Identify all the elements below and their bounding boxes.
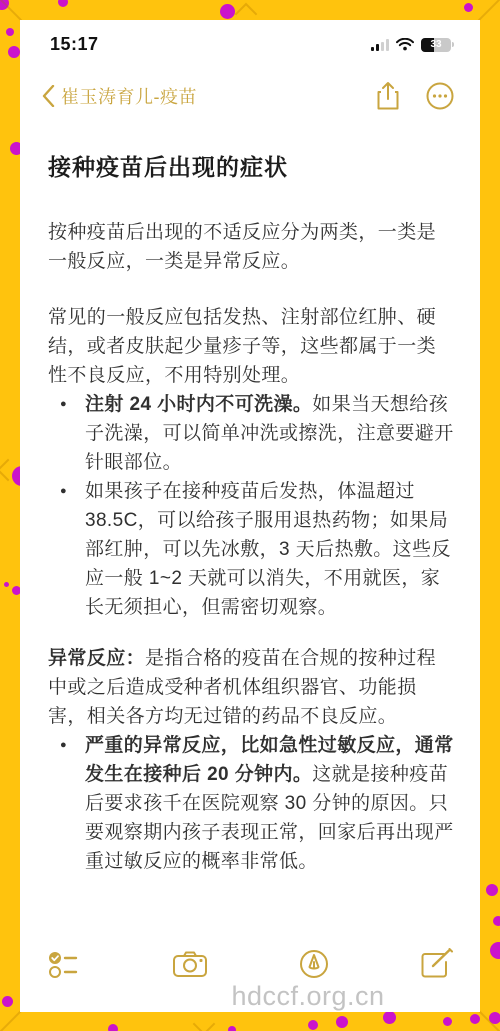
paragraph-abnormal-reactions: 异常反应：是指合格的疫苗在合规的按种过程中或之后造成受种者机体组织器官、功能损害… <box>48 644 454 731</box>
checklist-button[interactable] <box>46 948 82 980</box>
list-item: 严重的异常反应，比如急性过敏反应，通常发生在接种后 20 分钟内。这就是接种疫苗… <box>48 731 454 876</box>
markup-pen-icon <box>298 948 330 980</box>
camera-button[interactable] <box>172 950 208 978</box>
watermark: hdccf.org.cn <box>231 981 384 1012</box>
back-button[interactable]: 崔玉涛育儿-疫苗 <box>42 83 197 109</box>
checklist-icon <box>46 948 82 980</box>
bottom-toolbar <box>20 948 480 980</box>
status-time: 15:17 <box>50 34 99 55</box>
share-button[interactable] <box>376 81 400 111</box>
back-button-label: 崔玉涛育儿-疫苗 <box>61 83 197 109</box>
bullet-text: 如果孩子在接种疫苗后发热，体温超过 38.5C，可以给孩子服用退热药物；如果局部… <box>85 481 451 618</box>
paragraph-lead-bold: 异常反应： <box>48 648 145 669</box>
chevron-left-icon <box>42 85 55 107</box>
note-title: 接种疫苗后出现的症状 <box>48 149 454 182</box>
compose-button[interactable] <box>420 948 454 980</box>
cellular-signal-icon <box>371 39 389 51</box>
list-item: 注射 24 小时内不可洗澡。如果当天想给孩子洗澡，可以简单冲洗或擦洗，注意要避开… <box>48 390 454 477</box>
common-reaction-list: 注射 24 小时内不可洗澡。如果当天想给孩子洗澡，可以简单冲洗或擦洗，注意要避开… <box>48 390 454 622</box>
battery-percent: 33 <box>421 38 451 52</box>
more-options-button[interactable] <box>426 82 454 110</box>
battery-icon: 33 <box>421 38 451 52</box>
markup-button[interactable] <box>298 948 330 980</box>
abnormal-reaction-list: 严重的异常反应，比如急性过敏反应，通常发生在接种后 20 分钟内。这就是接种疫苗… <box>48 731 454 876</box>
camera-icon <box>172 950 208 978</box>
list-item: 如果孩子在接种疫苗后发热，体温超过 38.5C，可以给孩子服用退热药物；如果局部… <box>48 477 454 622</box>
wifi-icon <box>396 38 414 51</box>
status-bar: 15:17 33 <box>20 20 480 55</box>
paragraph-common-reactions: 常见的一般反应包括发热、注射部位红肿、硬结，或者皮肤起少量疹子等，这些都属于一类… <box>48 303 454 390</box>
nav-bar: 崔玉涛育儿-疫苗 <box>20 55 480 111</box>
notes-app-screen: 15:17 33 崔玉涛育儿-疫苗 <box>20 20 480 1012</box>
compose-icon <box>420 948 454 980</box>
note-content: 接种疫苗后出现的症状 按种疫苗后出现的不适反应分为两类，一类是一般反应，一类是异… <box>20 111 480 876</box>
paragraph-intro: 按种疫苗后出现的不适反应分为两类，一类是一般反应，一类是异常反应。 <box>48 218 454 276</box>
bullet-bold-text: 注射 24 小时内不可洗澡。 <box>85 394 312 415</box>
